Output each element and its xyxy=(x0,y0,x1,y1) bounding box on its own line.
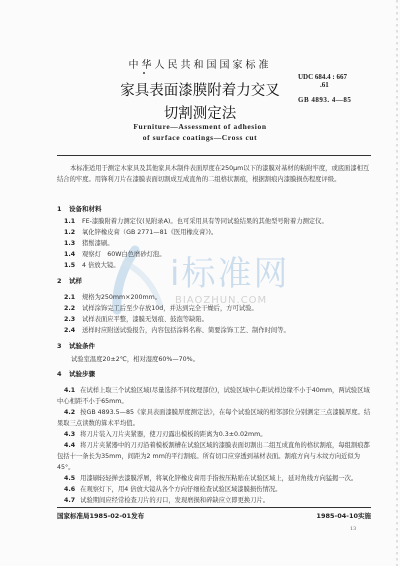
list-item: 2.3试样表面应平整，漆膜无划痕、鼓泡等缺陷。 xyxy=(64,314,371,325)
item-number: 1.3 xyxy=(64,238,82,249)
item-number: 2.1 xyxy=(64,292,82,303)
item-text: 氧化锌橡皮膏（GB 2771—81《医用橡皮膏》)。 xyxy=(82,229,217,236)
item-text: 试样表面应平整，漆膜无划痕、鼓泡等缺陷。 xyxy=(82,316,208,323)
list-item: 4.6在观察灯下，用4 倍放大镜从各个方向仔细检查试验区域漆膜损伤情况。 xyxy=(57,484,371,495)
item-text: 将刀片夹紧器中的刀刃沿着模板割槽在试验区域的漆膜表面切割出二组互成直角的格状割痕… xyxy=(57,442,370,471)
item-text: 试验期间应经常检查刀片的刃口，发现磨损和碎缺应立即更换刀片。 xyxy=(80,497,269,504)
item-text: 观察灯 60W白色磨砂灯泡。 xyxy=(82,251,166,258)
item-number: 4.6 xyxy=(64,486,75,493)
decorative-dot xyxy=(143,72,145,74)
list-item: 1.54 倍放大镜。 xyxy=(64,260,371,271)
list-item: 4.2按GB 4893.5—85《家具表面漆膜厚度测定法》，在每个试验区域的相邻… xyxy=(57,407,371,429)
item-text: 4 倍放大镜。 xyxy=(82,262,120,269)
issue-date: 国家标准局1985-02-01发布 xyxy=(57,511,144,520)
title-en-line2: of surface coatings—Cross cut xyxy=(80,133,320,142)
item-number: 2.4 xyxy=(64,325,82,336)
item-text: 规格为250mm×200mm。 xyxy=(82,294,161,301)
list-item: 4.7试验期间应经常检查刀片的刃口，发现磨损和碎缺应立即更换刀片。 xyxy=(57,495,371,506)
list-item: 4.5用漆刷轻轻掸去漆膜浮屑，将氧化锌橡皮膏用手指按压粘贴在试验区域上，延对角线… xyxy=(57,473,371,484)
list-item: 1.2氧化锌橡皮膏（GB 2771—81《医用橡皮膏》)。 xyxy=(64,227,371,238)
item-text: FE-漆膜附着力测定仪(见附录A)。也可采用具有等同试验结果的其他型号附着力测定… xyxy=(82,218,328,225)
title-en-line1: Furniture—Assessment of adhesion xyxy=(80,122,320,131)
footer-divider xyxy=(57,507,371,508)
item-number: 1.4 xyxy=(64,249,82,260)
section-number: 2 xyxy=(57,277,69,285)
section-2-heading: 2试样 xyxy=(57,276,82,285)
list-item: 4.4将刀片夹紧器中的刀刃沿着模板割槽在试验区域的漆膜表面切割出二组互成直角的格… xyxy=(57,440,371,473)
section-1-heading: 1设备和材料 xyxy=(57,204,102,213)
item-number: 4.5 xyxy=(64,475,75,482)
title-zh-line2: 切割测定法 xyxy=(90,102,310,123)
item-number: 1.5 xyxy=(64,260,82,271)
title-zh-line1: 家具表面漆膜附着力交叉 xyxy=(90,79,310,100)
section-title: 试验步骤 xyxy=(69,370,95,378)
item-text: 将刀片装入刀片夹紧器，使刀刃露出模板的距离为0.3±0.02mm。 xyxy=(80,431,266,438)
section-number: 3 xyxy=(57,342,69,350)
section-number: 4 xyxy=(57,370,69,378)
item-text: 猪鬃漆刷。 xyxy=(82,240,113,247)
item-number: 2.2 xyxy=(64,303,82,314)
item-number: 1.1 xyxy=(64,216,82,227)
section-3-body: 试验室温度20±2℃，相对湿度60%—70%。 xyxy=(71,354,378,365)
list-item: 1.3猪鬃漆刷。 xyxy=(64,238,371,249)
item-text: 在试样上取三个试验区域(尽量选择不同纹理部位)，试验区域中心距试样边缘不小于40… xyxy=(57,387,370,405)
effective-date: 1985-04-10实施 xyxy=(316,511,371,520)
section-3-heading: 3试验条件 xyxy=(57,341,95,350)
section-title: 试样 xyxy=(69,277,82,285)
item-text: 按GB 4893.5—85《家具表面漆膜厚度测定法》，在每个试验区域的相邻部位分… xyxy=(57,409,370,427)
list-item: 4.3将刀片装入刀片夹紧器，使刀刃露出模板的距离为0.3±0.02mm。 xyxy=(57,429,371,440)
item-number: 4.4 xyxy=(64,442,75,449)
item-number: 4.7 xyxy=(64,497,75,504)
intro-paragraph: 本标准适用于测定木家具及其他家具木制件表面厚度在250μm以下的漆膜对基材的粘附… xyxy=(57,163,371,185)
national-standard-header: 中华人民共和国国家标准 xyxy=(0,56,400,71)
page-number: 13 xyxy=(350,526,356,532)
item-number: 4.1 xyxy=(64,387,75,394)
item-number: 4.3 xyxy=(64,431,75,438)
section-title: 试验条件 xyxy=(69,342,95,350)
item-number: 1.2 xyxy=(64,227,82,238)
item-text: 用漆刷轻轻掸去漆膜浮屑，将氧化锌橡皮膏用手指按压粘贴在试验区域上，延对角线方向猛… xyxy=(80,475,357,482)
section-4-heading: 4试验步骤 xyxy=(57,369,95,378)
list-item: 2.4送样时应附送试验报告，内容包括涂料名称、简要涂饰工艺、制作时间等。 xyxy=(64,325,371,336)
item-number: 2.3 xyxy=(64,314,82,325)
item-text: 在观察灯下，用4 倍放大镜从各个方向仔细检查试验区域漆膜损伤情况。 xyxy=(80,486,281,493)
list-item: 2.2试样涂饰完工后至少存放10d，并达到完全干燥后，方可试验。 xyxy=(64,303,371,314)
list-item: 2.1规格为250mm×200mm。 xyxy=(64,292,371,303)
list-item: 1.1FE-漆膜附着力测定仪(见附录A)。也可采用具有等同试验结果的其他型号附着… xyxy=(64,216,371,227)
section-number: 1 xyxy=(57,205,69,213)
item-number: 4.2 xyxy=(64,409,75,416)
list-item: 1.4观察灯 60W白色磨砂灯泡。 xyxy=(64,249,371,260)
list-item: 4.1在试样上取三个试验区域(尽量选择不同纹理部位)，试验区域中心距试样边缘不小… xyxy=(57,385,371,407)
section-title: 设备和材料 xyxy=(69,205,102,213)
header-divider xyxy=(57,155,371,156)
item-text: 送样时应附送试验报告，内容包括涂料名称、简要涂饰工艺、制作时间等。 xyxy=(82,327,290,334)
item-text: 试样涂饰完工后至少存放10d，并达到完全干燥后，方可试验。 xyxy=(82,305,258,312)
scan-edge xyxy=(396,0,398,566)
